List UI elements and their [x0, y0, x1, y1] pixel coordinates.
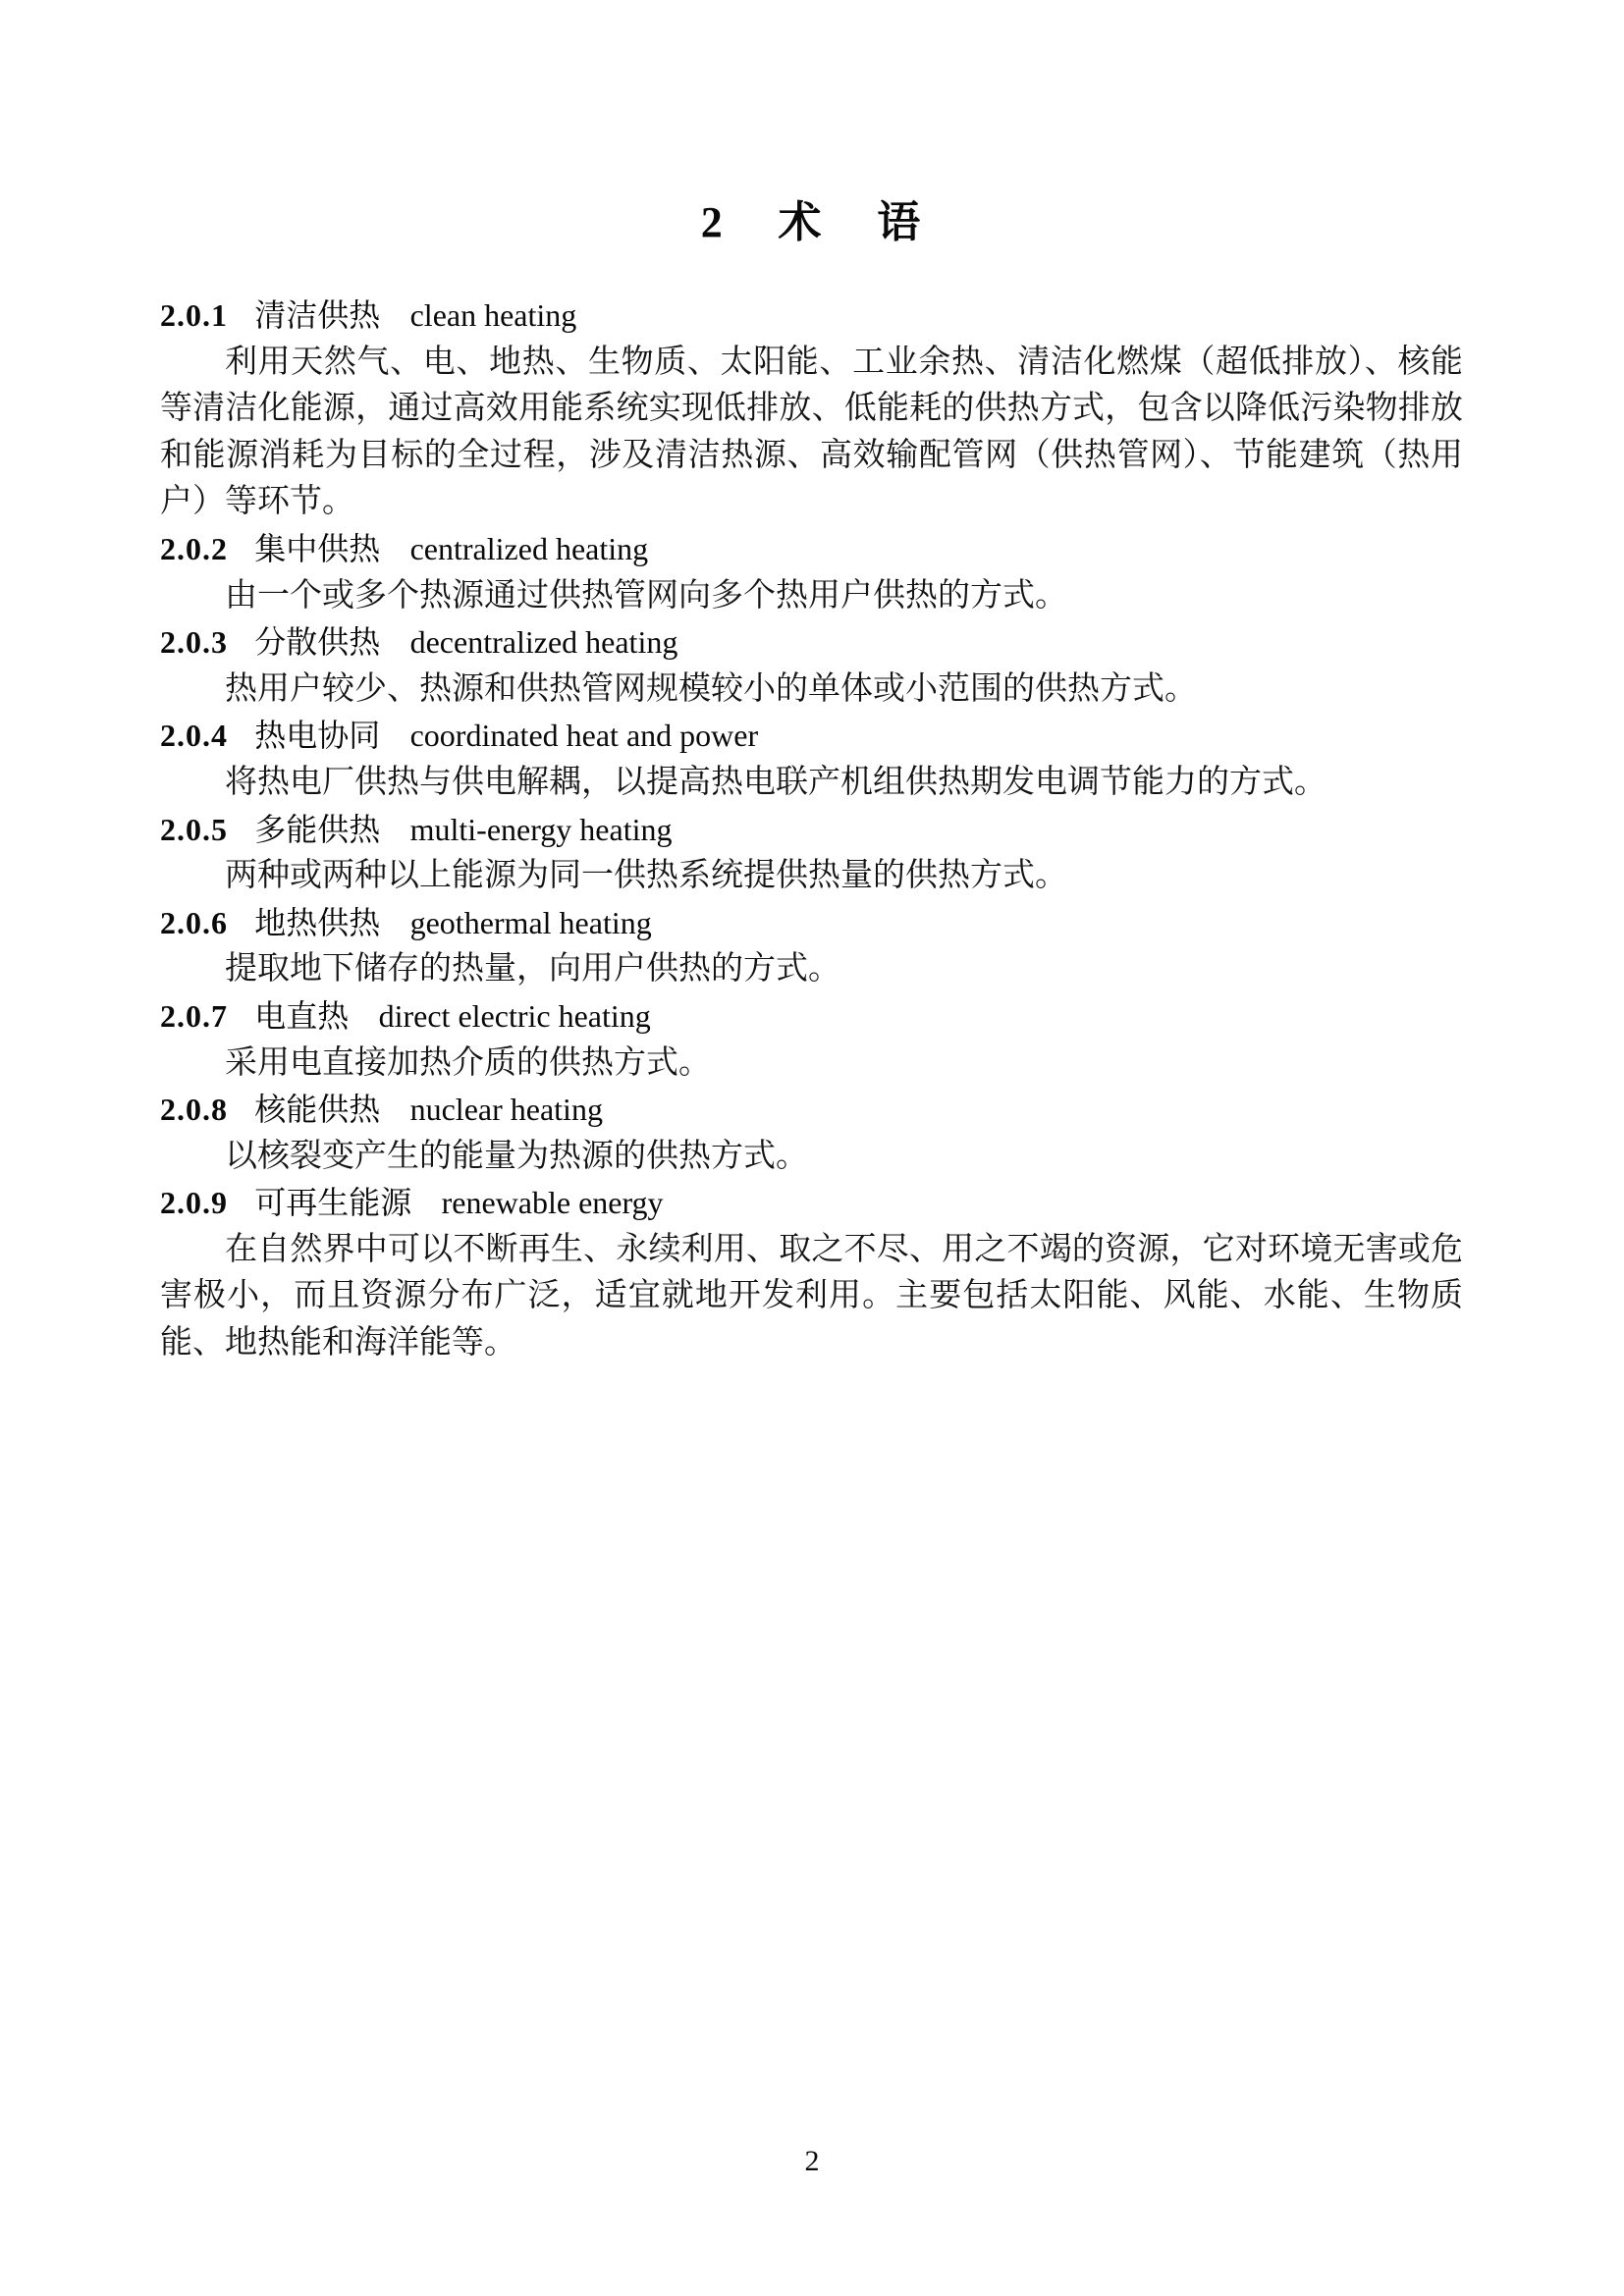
term-number: 2.0.4 — [160, 718, 228, 753]
term-number: 2.0.1 — [160, 297, 228, 333]
term-en: decentralized heating — [410, 624, 678, 660]
term-heading: 2.0.3分散供热decentralized heating — [160, 619, 1463, 667]
term-definition: 提取地下储存的热量，向用户供热的方式。 — [160, 946, 1463, 993]
section-title: 2 术 语 — [160, 194, 1463, 251]
term-heading: 2.0.2集中供热centralized heating — [160, 526, 1463, 573]
term-en: renewable energy — [442, 1185, 664, 1220]
term-number: 2.0.5 — [160, 812, 228, 847]
term-entry: 2.0.4热电协同coordinated heat and power 将热电厂… — [160, 713, 1463, 806]
term-en: clean heating — [410, 297, 577, 333]
term-definition: 以核裂变产生的能量为热源的供热方式。 — [160, 1134, 1463, 1181]
page-number: 2 — [0, 2145, 1624, 2178]
term-heading: 2.0.6地热供热geothermal heating — [160, 900, 1463, 947]
term-entry: 2.0.2集中供热centralized heating 由一个或多个热源通过供… — [160, 526, 1463, 619]
term-zh: 集中供热 — [254, 531, 380, 566]
term-heading: 2.0.1清洁供热clean heating — [160, 293, 1463, 340]
term-en: direct electric heating — [379, 998, 651, 1034]
term-zh: 清洁供热 — [254, 297, 380, 333]
term-zh: 电直热 — [254, 998, 349, 1034]
term-entry: 2.0.8核能供热nuclear heating 以核裂变产生的能量为热源的供热… — [160, 1087, 1463, 1180]
term-en: nuclear heating — [410, 1092, 603, 1127]
document-page: 2 术 语 2.0.1清洁供热clean heating 利用天然气、电、地热、… — [0, 0, 1624, 2296]
term-entry: 2.0.9可再生能源renewable energy 在自然界中可以不断再生、永… — [160, 1180, 1463, 1366]
term-heading: 2.0.4热电协同coordinated heat and power — [160, 713, 1463, 760]
term-definition: 由一个或多个热源通过供热管网向多个热用户供热的方式。 — [160, 573, 1463, 620]
term-zh: 多能供热 — [254, 812, 380, 847]
term-definition: 在自然界中可以不断再生、永续利用、取之不尽、用之不竭的资源，它对环境无害或危害极… — [160, 1227, 1463, 1367]
term-zh: 核能供热 — [254, 1092, 380, 1127]
term-number: 2.0.7 — [160, 998, 228, 1034]
term-entry: 2.0.7电直热direct electric heating 采用电直接加热介… — [160, 993, 1463, 1087]
term-heading: 2.0.9可再生能源renewable energy — [160, 1180, 1463, 1227]
term-number: 2.0.2 — [160, 531, 228, 566]
term-heading: 2.0.5多能供热multi-energy heating — [160, 807, 1463, 854]
term-entry: 2.0.6地热供热geothermal heating 提取地下储存的热量，向用… — [160, 900, 1463, 993]
term-en: geothermal heating — [410, 905, 652, 940]
term-definition: 采用电直接加热介质的供热方式。 — [160, 1041, 1463, 1088]
term-definition: 将热电厂供热与供电解耦，以提高热电联产机组供热期发电调节能力的方式。 — [160, 760, 1463, 807]
term-en: centralized heating — [410, 531, 649, 566]
term-zh: 可再生能源 — [254, 1185, 411, 1220]
term-entry: 2.0.1清洁供热clean heating 利用天然气、电、地热、生物质、太阳… — [160, 293, 1463, 526]
term-en: coordinated heat and power — [410, 718, 759, 753]
term-definition: 利用天然气、电、地热、生物质、太阳能、工业余热、清洁化燃煤（超低排放）、核能等清… — [160, 340, 1463, 526]
page-content: 2 术 语 2.0.1清洁供热clean heating 利用天然气、电、地热、… — [160, 194, 1463, 1367]
term-entry: 2.0.5多能供热multi-energy heating 两种或两种以上能源为… — [160, 807, 1463, 900]
term-zh: 地热供热 — [254, 905, 380, 940]
term-number: 2.0.9 — [160, 1185, 228, 1220]
term-en: multi-energy heating — [410, 812, 673, 847]
term-entry: 2.0.3分散供热decentralized heating 热用户较少、热源和… — [160, 619, 1463, 713]
term-definition: 热用户较少、热源和供热管网规模较小的单体或小范围的供热方式。 — [160, 667, 1463, 714]
term-zh: 分散供热 — [254, 624, 380, 660]
term-definition: 两种或两种以上能源为同一供热系统提供热量的供热方式。 — [160, 853, 1463, 900]
term-heading: 2.0.7电直热direct electric heating — [160, 993, 1463, 1041]
term-zh: 热电协同 — [254, 718, 380, 753]
term-number: 2.0.3 — [160, 624, 228, 660]
term-number: 2.0.8 — [160, 1092, 228, 1127]
term-number: 2.0.6 — [160, 905, 228, 940]
term-heading: 2.0.8核能供热nuclear heating — [160, 1087, 1463, 1134]
